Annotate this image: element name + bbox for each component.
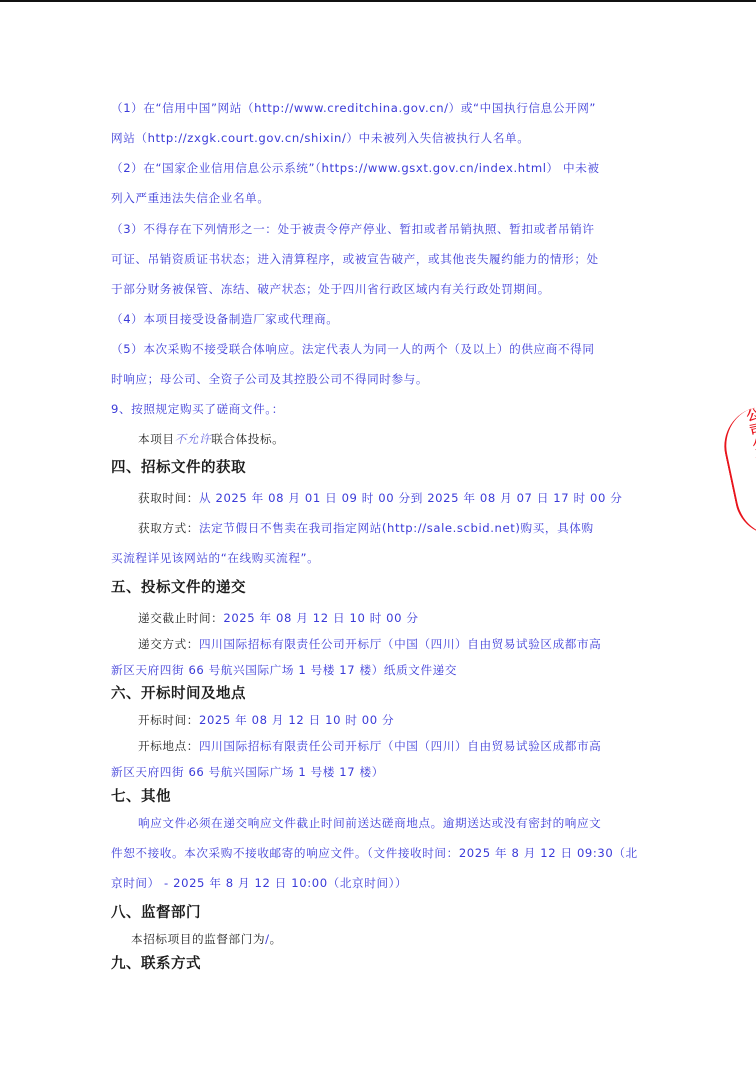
- s4-method-line-2: 买流程详见该网站的“在线购买流程”。: [111, 550, 319, 566]
- item-1-line-1: （1）在“信用中国”网站（http://www.creditchina.gov.…: [111, 100, 596, 116]
- s5-method-value: 四川国际招标有限责任公司开标厅（中国（四川）自由贸易试验区成都市高: [199, 637, 601, 651]
- s4-method-label: 获取方式：: [138, 521, 199, 535]
- item-5-line-2: 时响应；母公司、全资子公司及其控股公司不得同时参与。: [111, 371, 428, 387]
- section-5-heading: 五、投标文件的递交: [111, 579, 246, 597]
- s4-time-label: 获取时间：: [138, 491, 199, 505]
- s5-method-line: 递交方式：四川国际招标有限责任公司开标厅（中国（四川）自由贸易试验区成都市高: [138, 636, 601, 652]
- item-3-line-3: 于部分财务被保管、冻结、破产状态；处于四川省行政区域内有关行政处罚期间。: [111, 281, 550, 297]
- s7-line-3: 京时间） - 2025 年 8 月 12 日 10:00（北京时间））: [111, 875, 407, 891]
- item-1-line-2: 网站（http://zxgk.court.gov.cn/shixin/）中未被列…: [111, 130, 529, 146]
- s6-time-line: 开标时间：2025 年 08 月 12 日 10 时 00 分: [138, 712, 394, 728]
- s7-line-2: 件恕不接收。本次采购不接收邮寄的响应文件。（文件接收时间：2025 年 8 月 …: [111, 845, 638, 861]
- consortium-value: 不允许: [175, 432, 212, 446]
- item-2-line-1: （2）在“国家企业信用信息公示系统”（https://www.gsxt.gov.…: [111, 160, 600, 176]
- company-seal-stamp: 公司公章: [717, 407, 756, 542]
- s6-time-value: 2025 年 08 月 12 日 10 时 00 分: [199, 713, 394, 727]
- s8-text-suffix: 。: [270, 932, 282, 946]
- s6-time-label: 开标时间：: [138, 713, 199, 727]
- s5-deadline-label: 递交截止时间：: [138, 611, 223, 625]
- item-3-line-2: 可证、吊销资质证书状态；进入清算程序，或被宣告破产，或其他丧失履约能力的情形；处: [111, 251, 599, 267]
- s4-method-value: 法定节假日不售卖在我司指定网站(http://sale.scbid.net)购买…: [199, 521, 594, 535]
- section-6-heading: 六、开标时间及地点: [111, 685, 246, 703]
- s8-text-line: 本招标项目的监督部门为/。: [131, 931, 282, 947]
- page-top-border: [0, 0, 756, 2]
- s5-method-label: 递交方式：: [138, 637, 199, 651]
- item-4-line-1: （4）本项目接受设备制造厂家或代理商。: [111, 311, 338, 327]
- section-9-heading: 九、联系方式: [111, 955, 201, 973]
- s4-time-line: 获取时间：从 2025 年 08 月 01 日 09 时 00 分到 2025 …: [138, 490, 622, 506]
- item-3-line-1: （3）不得存在下列情形之一：处于被责令停产停业、暂扣或者吊销执照、暂扣或者吊销许: [111, 221, 595, 237]
- s6-place-label: 开标地点：: [138, 739, 199, 753]
- section-8-heading: 八、监督部门: [111, 904, 201, 922]
- consortium-line: 本项目不允许联合体投标。: [138, 431, 284, 447]
- s7-line-1: 响应文件必须在递交响应文件截止时间前送达磋商地点。逾期送达或没有密封的响应文: [138, 815, 601, 831]
- consortium-prefix: 本项目: [138, 432, 175, 446]
- s5-deadline-line: 递交截止时间：2025 年 08 月 12 日 10 时 00 分: [138, 610, 419, 626]
- consortium-suffix: 联合体投标。: [211, 432, 284, 446]
- s5-deadline-value: 2025 年 08 月 12 日 10 时 00 分: [223, 611, 418, 625]
- item-9-line: 9、按照规定购买了磋商文件。：: [111, 401, 284, 417]
- section-4-heading: 四、招标文件的获取: [111, 459, 246, 477]
- s6-place-line-2: 新区天府四街 66 号航兴国际广场 1 号楼 17 楼）: [111, 764, 384, 780]
- s8-text-prefix: 本招标项目的监督部门为: [131, 932, 265, 946]
- s4-method-line: 获取方式：法定节假日不售卖在我司指定网站(http://sale.scbid.n…: [138, 520, 594, 536]
- item-2-line-2: 列入严重违法失信企业名单。: [111, 190, 270, 206]
- s6-place-line: 开标地点：四川国际招标有限责任公司开标厅（中国（四川）自由贸易试验区成都市高: [138, 738, 601, 754]
- section-7-heading: 七、其他: [111, 788, 171, 806]
- s4-time-value: 从 2025 年 08 月 01 日 09 时 00 分到 2025 年 08 …: [199, 491, 622, 505]
- s6-place-value: 四川国际招标有限责任公司开标厅（中国（四川）自由贸易试验区成都市高: [199, 739, 601, 753]
- item-5-line-1: （5）本次采购不接受联合体响应。法定代表人为同一人的两个（及以上）的供应商不得同: [111, 341, 595, 357]
- s5-method-line-2: 新区天府四街 66 号航兴国际广场 1 号楼 17 楼）纸质文件递交: [111, 662, 457, 678]
